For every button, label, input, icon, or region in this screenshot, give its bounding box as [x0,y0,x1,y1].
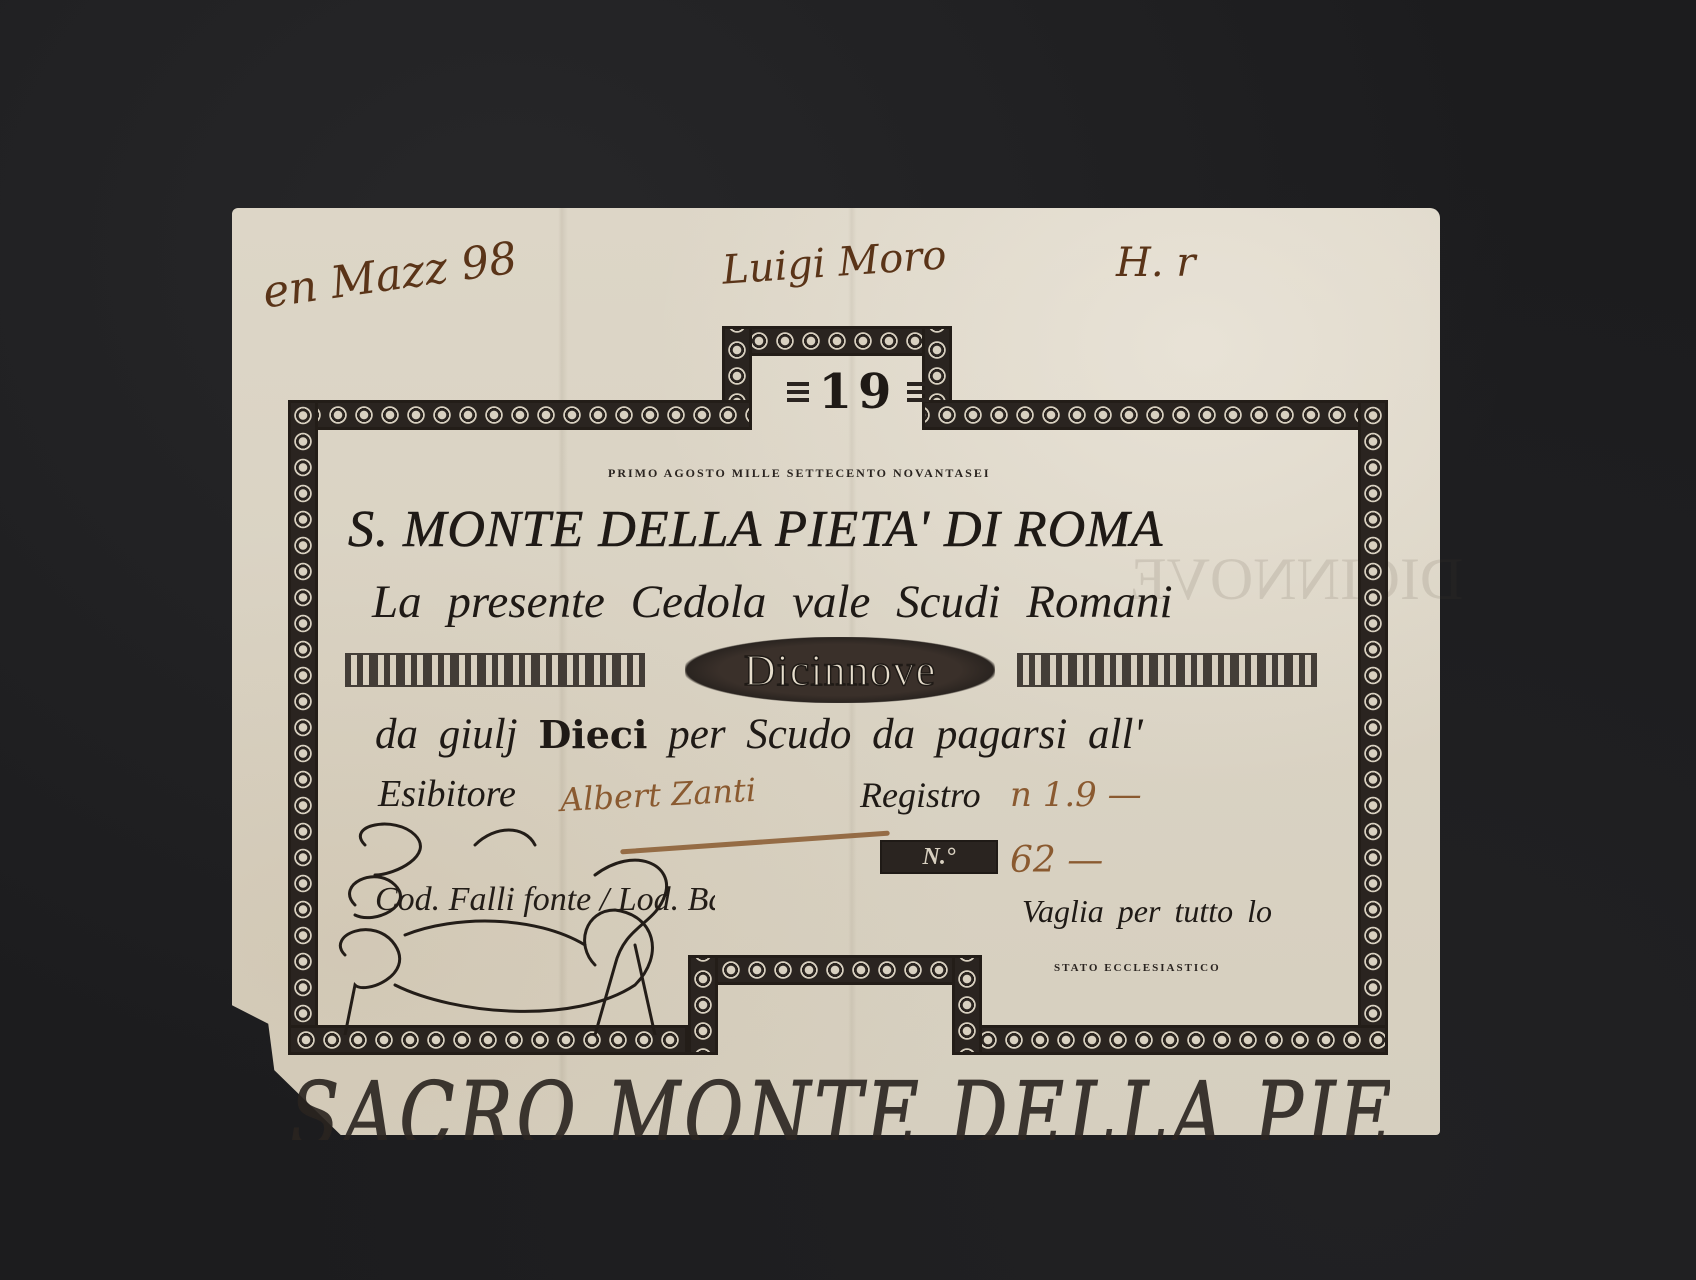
serial-number-box: 19 [795,362,921,422]
body-line-payment-terms: da giulj Dieci per Scudo da pagarsi all' [375,710,1143,759]
serial-number: 19 [819,368,898,416]
number-label-box: N.° [880,840,998,874]
dash-ornament-left [787,382,809,402]
handwritten-number-value: 62 — [1010,840,1103,881]
ornamental-border-top-right [922,400,1388,430]
signature-flourish-icon: Cod. Falli fonte / Lod. Banco [335,815,715,1035]
handwritten-registry-value: n 1.9 — [1010,775,1142,815]
printed-signature-block: Cod. Falli fonte / Lod. Banco [335,815,715,1035]
validity-line: Vaglia per tutto lo [1022,893,1272,930]
svg-text:Cod. Falli fonte / Lod. Banco: Cod. Falli fonte / Lod. Banco [375,881,715,918]
ornamental-filler-left [345,653,645,687]
payment-suffix: per Scudo da pagarsi all' [668,711,1142,758]
dash-ornament-right [907,382,929,402]
value-cartouche: Dicinnove [685,637,995,703]
ornamental-border-right [1358,400,1388,1055]
validity-region: STATO ECCLESIASTICO [1054,962,1221,974]
handwritten-mark: H. r [1116,240,1195,286]
bottom-overprint-stamp: SACRO MONTE DELLA PIETA DI ROMA [290,1062,1390,1162]
bearer-label: Esibitore [378,772,516,816]
payment-bold-word: Dieci [538,712,647,757]
payment-prefix: da giulj [375,711,518,758]
ornamental-border-bottom-notch [688,955,982,985]
registry-label: Registro [860,774,981,816]
ornamental-border-left [288,400,318,1055]
value-row: Dicinnove [345,645,1345,705]
value-word: Dicinnove [744,645,936,696]
body-line-value-statement: La presente Cedola vale Scudi Romani [372,575,1173,629]
date-line: PRIMO AGOSTO MILLE SETTECENTO NOVANTASEI [608,466,991,481]
ornamental-border-bottom-right [952,1025,1388,1055]
ornamental-border-notch-right [952,955,982,1055]
ornamental-border-top-left [288,400,752,430]
ornamental-border-top-tab [722,326,952,356]
ornamental-filler-right [1017,653,1317,687]
issuer-title: S. MONTE DELLA PIETA' DI ROMA [348,500,1348,559]
